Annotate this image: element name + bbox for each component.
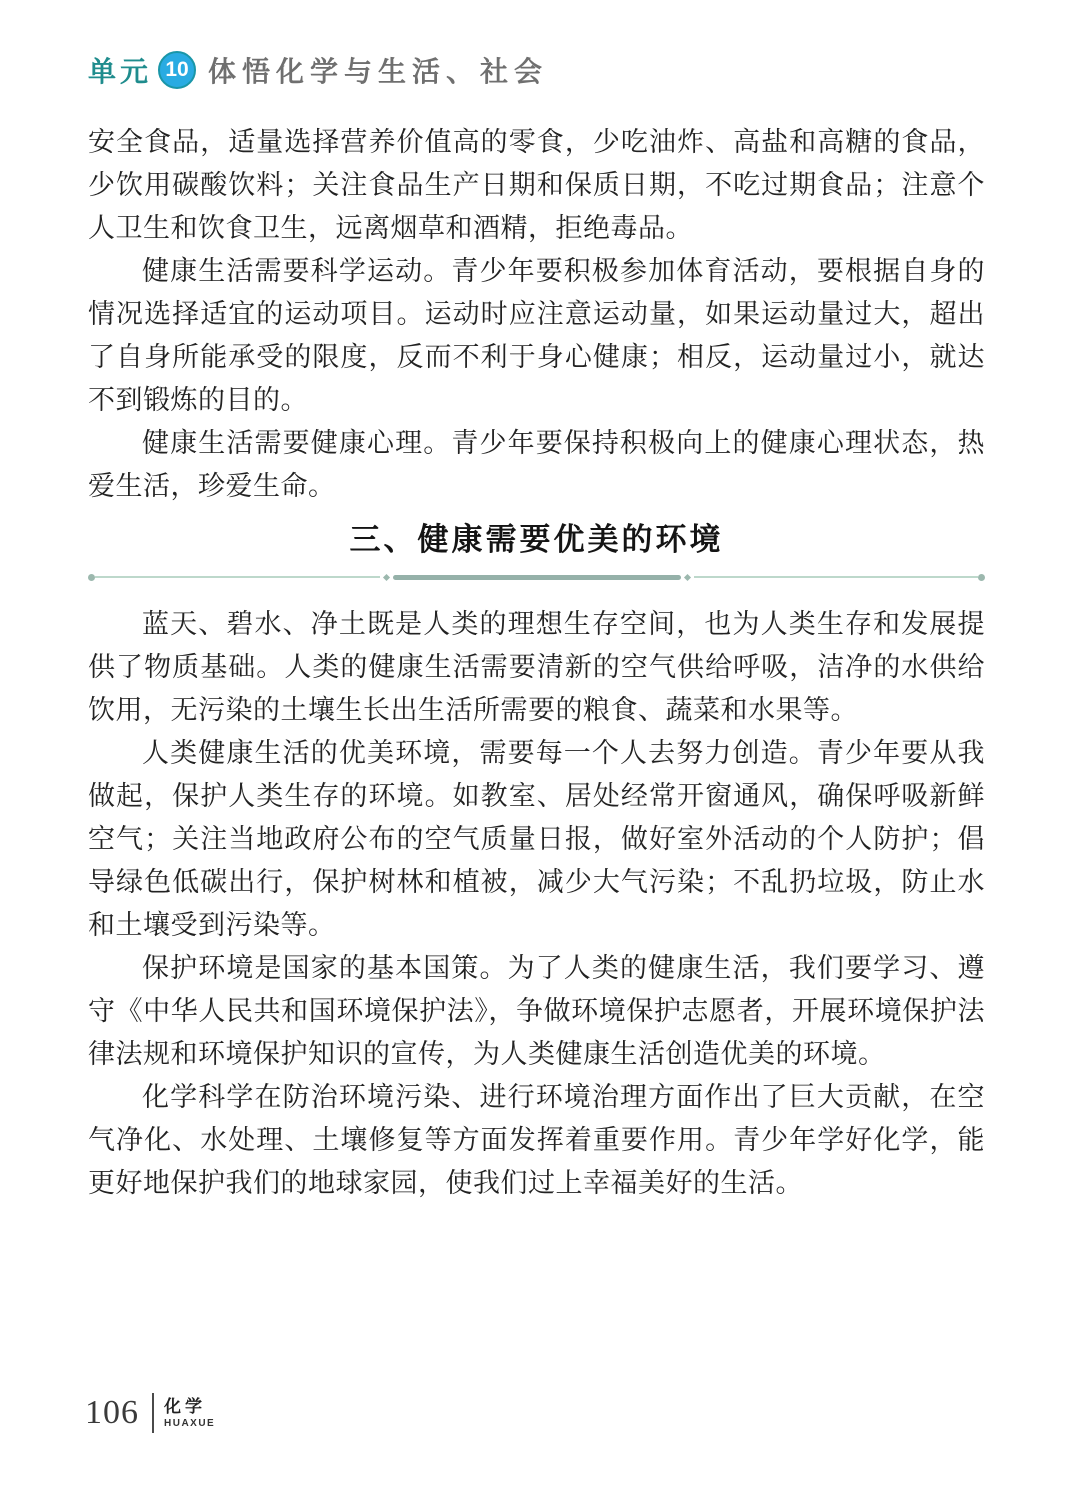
unit-number-badge: 10 xyxy=(158,51,196,89)
book-title-block: 化学 HUAXUE xyxy=(164,1397,215,1430)
divider-thick-line xyxy=(393,575,681,580)
unit-title: 体悟化学与生活、社会 xyxy=(208,50,548,90)
divider-tick-right xyxy=(683,573,690,580)
heading-divider xyxy=(88,573,985,581)
divider-thin-line-left xyxy=(95,576,380,578)
section-heading: 三、健康需要优美的环境 xyxy=(88,520,985,560)
page-footer: 106 化学 HUAXUE xyxy=(85,1393,215,1433)
page-content: 安全食品，适量选择营养价值高的零食，少吃油炸、高盐和高糖的食品，少饮用碳酸饮料；… xyxy=(88,121,985,1205)
unit-label: 单元 xyxy=(88,50,152,90)
body-paragraph: 蓝天、碧水、净土既是人类的理想生存空间，也为人类生存和发展提供了物质基础。人类的… xyxy=(88,603,985,732)
body-paragraph: 人类健康生活的优美环境，需要每一个人去努力创造。青少年要从我做起，保护人类生存的… xyxy=(88,732,985,947)
book-title: 化学 xyxy=(164,1397,215,1417)
page-number: 106 xyxy=(85,1394,139,1432)
book-title-pinyin: HUAXUE xyxy=(164,1417,215,1430)
footer-divider-rule xyxy=(152,1393,154,1433)
body-paragraph: 健康生活需要科学运动。青少年要积极参加体育活动，要根据自身的情况选择适宜的运动项… xyxy=(88,250,985,422)
body-paragraph: 健康生活需要健康心理。青少年要保持积极向上的健康心理状态，热爱生活，珍爱生命。 xyxy=(88,422,985,508)
divider-dot-right xyxy=(978,574,985,581)
textbook-page: 单元 10 体悟化学与生活、社会 安全食品，适量选择营养价值高的零食，少吃油炸、… xyxy=(0,0,1080,1511)
divider-thin-line-right xyxy=(694,576,979,578)
unit-header: 单元 10 体悟化学与生活、社会 xyxy=(88,50,548,90)
body-paragraph: 安全食品，适量选择营养价值高的零食，少吃油炸、高盐和高糖的食品，少饮用碳酸饮料；… xyxy=(88,121,985,250)
divider-dot-left xyxy=(88,574,95,581)
divider-tick-left xyxy=(382,573,389,580)
body-paragraph: 保护环境是国家的基本国策。为了人类的健康生活，我们要学习、遵守《中华人民共和国环… xyxy=(88,947,985,1076)
body-paragraph: 化学科学在防治环境污染、进行环境治理方面作出了巨大贡献，在空气净化、水处理、土壤… xyxy=(88,1076,985,1205)
